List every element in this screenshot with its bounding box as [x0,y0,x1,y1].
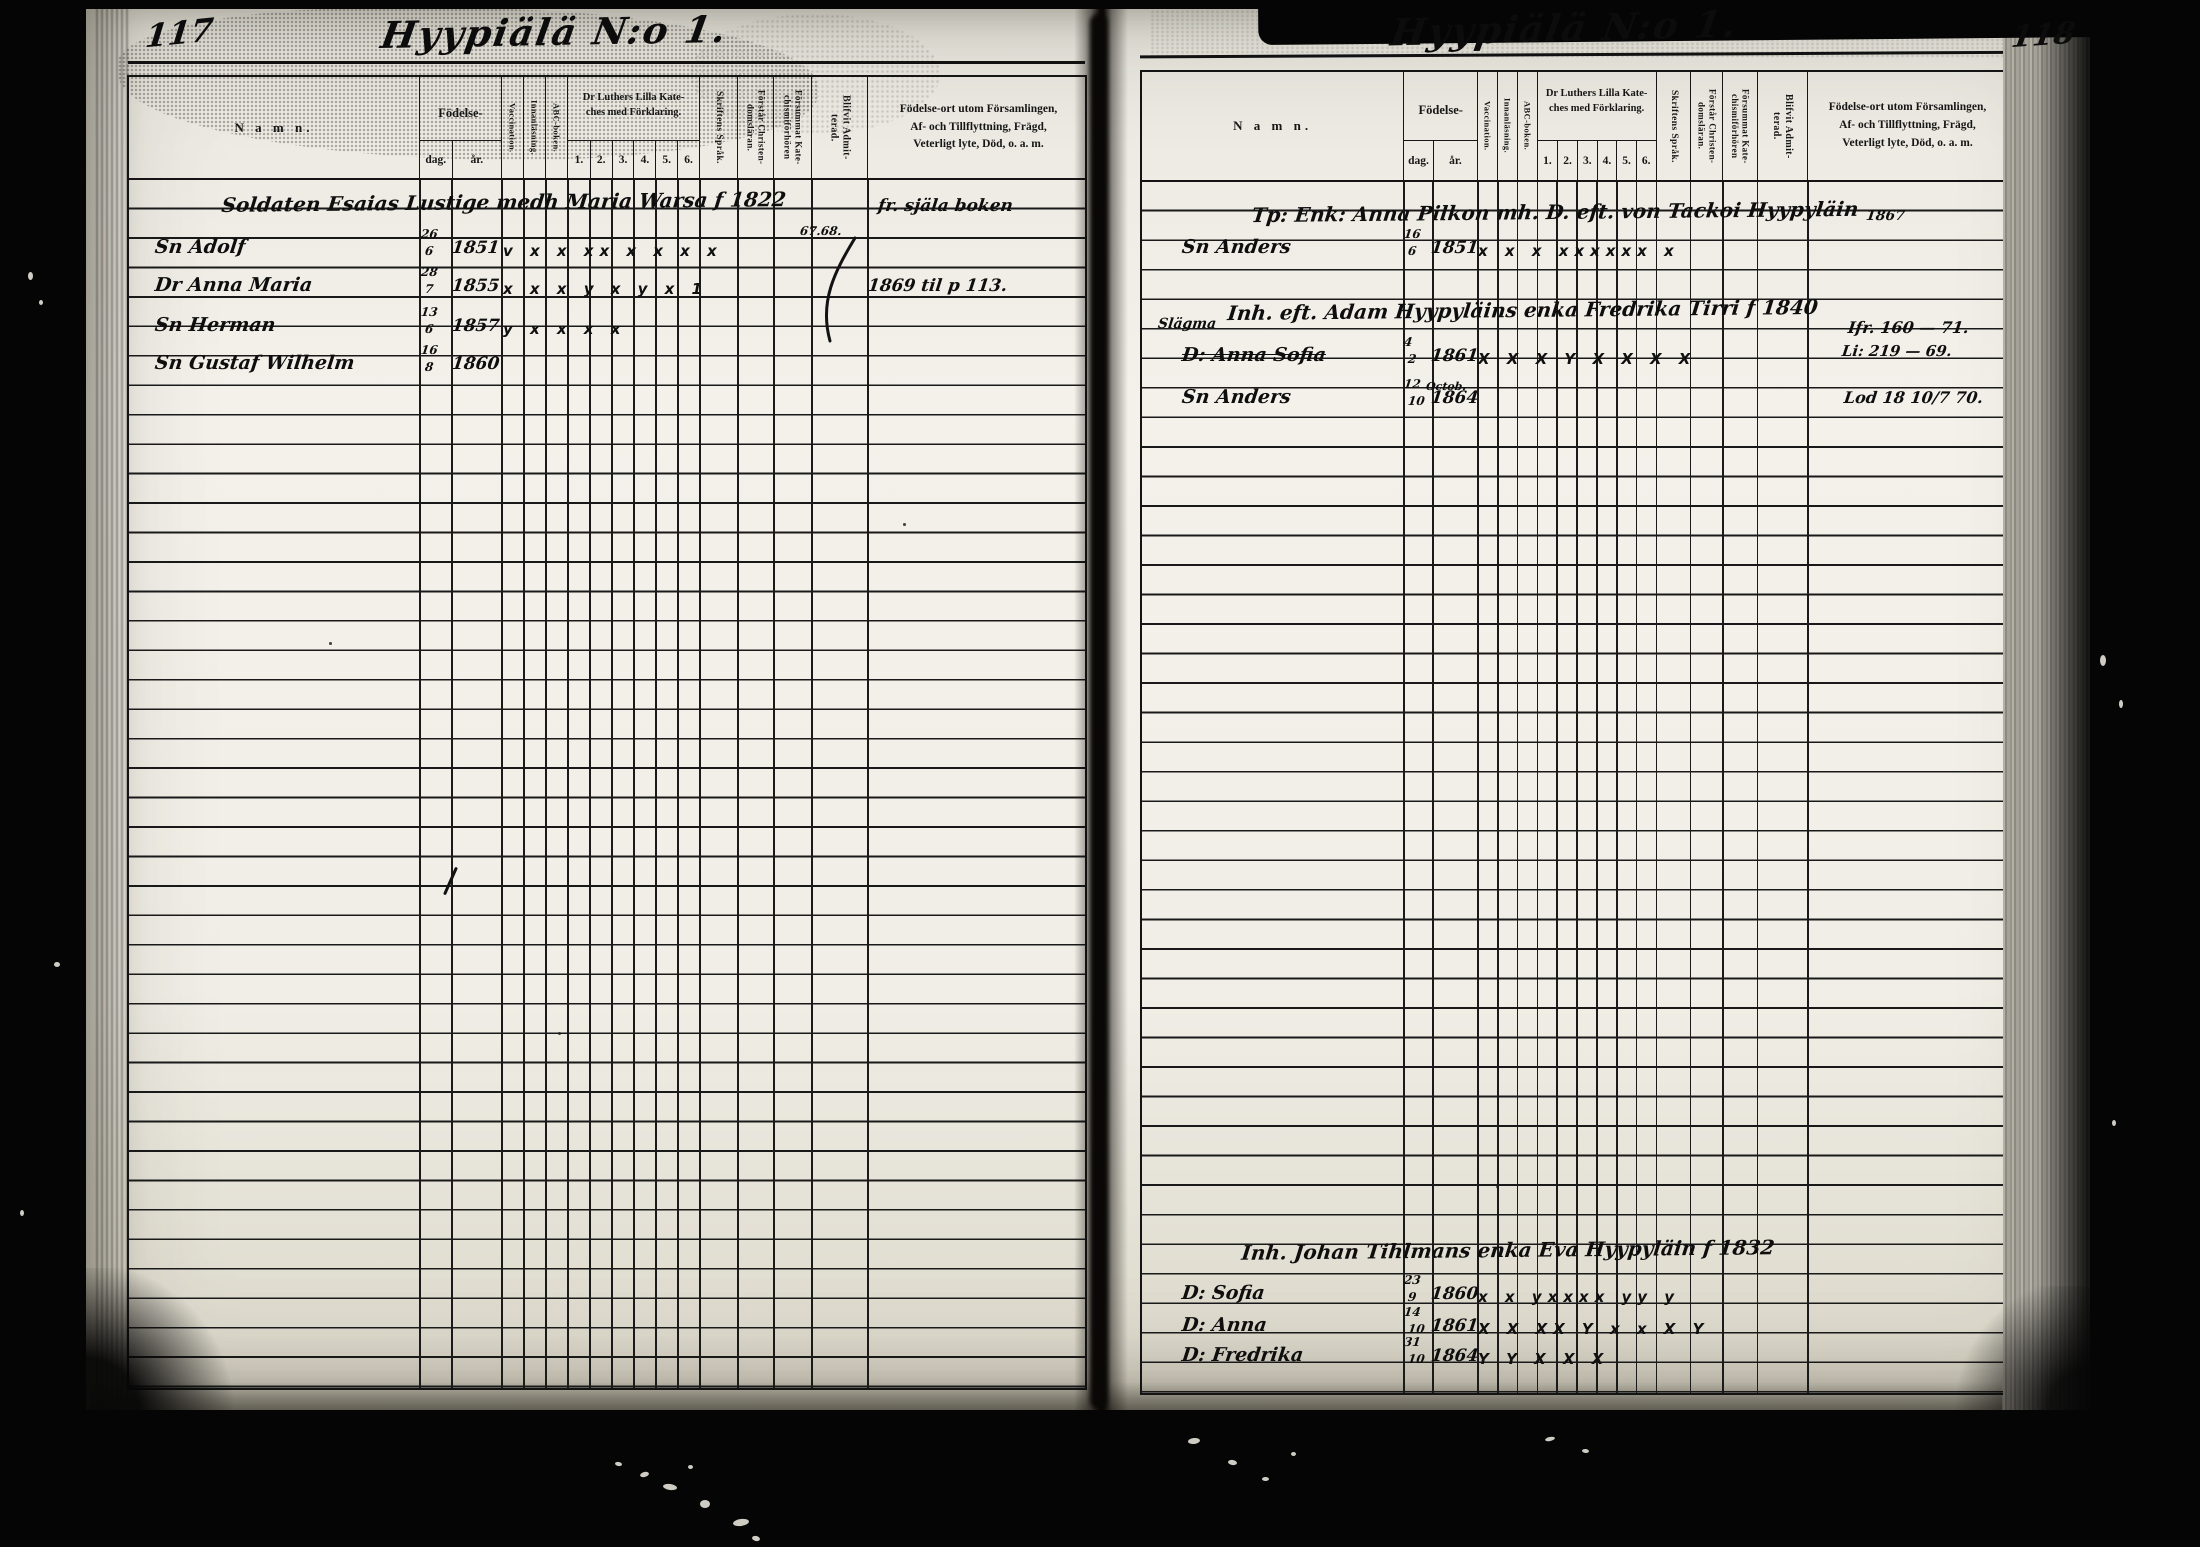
column-header-vaccination: Vaccination. [1477,72,1497,180]
column-header-kateches-5: 5. [655,141,677,178]
birth-year: 1855 [451,276,501,296]
birth-day-denominator: 9 [1407,1290,1417,1304]
register-margin-note: Slägma [1157,316,1217,332]
table-column-line [867,180,869,1388]
column-header-forstar-christendomslaran-label: Förstår Christen- domsläran. [745,90,767,164]
scan-border [0,0,86,1547]
register-entry-person: D: Anna [1181,1314,1268,1336]
column-header-innanlasning-label: Innanläsning. [1502,98,1512,153]
table-column-line [567,180,569,1388]
column-header-skriftens-sprak-label: Skriftens Språk. [713,91,724,164]
fodelse-sub-row: dag.år. [420,140,501,178]
register-entry-person: D: Fredrika [1181,1344,1305,1366]
examination-marks: v x x xx x x x x [503,242,723,260]
birth-day-numerator: 28 [420,265,438,279]
register-margin-note: Ifr. 160 — 71. [1847,318,1970,337]
column-header-innanlasning: Innanläsning. [1497,72,1517,180]
examination-marks: Y Y X X X [1478,1350,1609,1368]
table-column-line [611,180,613,1388]
register-entry-person: D: Anna Sofia [1181,344,1328,366]
column-header-fodelseort-notes: Födelse-ort utom Församlingen, Af- och T… [1807,72,2007,180]
notes-label: Födelse-ort utom Församlingen, Af- och T… [1829,99,1986,152]
kateches-label: Dr Luthers Lilla Kate- ches med Förklari… [1546,87,1648,115]
book-gutter-shadow [1090,14,1107,1409]
register-margin-note: Li: 219 — 69. [1841,342,1953,360]
table-header: N a m n.Födelse-dag.år.Vaccination.Innan… [129,77,1085,180]
birth-year: 1860 [1430,1284,1480,1304]
scan-dust [54,962,60,967]
column-header-fodelseort-notes: Födelse-ort utom Församlingen, Af- och T… [867,77,1089,178]
column-header-vaccination-label: Vaccination. [507,103,517,153]
table-column-line [655,180,657,1388]
birth-day-numerator: 14 [1403,1305,1421,1319]
column-header-forstar-christendomslaran: Förstår Christen- domsläran. [737,77,773,178]
scan-dust [20,1210,24,1216]
scan-dust [1291,1452,1296,1456]
column-header-kateches-2: 2. [1557,141,1577,180]
register-margin-note: fr. själa boken [877,196,1014,216]
examination-marks: y x x x x [503,320,626,338]
scan-dust [1262,1477,1269,1481]
ink-dot [329,642,332,645]
birth-year: 1860 [451,354,501,374]
column-header-dag: dag. [420,141,452,178]
table-column-line [1757,182,1759,1393]
fodelse-label: Födelse- [438,106,482,121]
namn-label: N a m n. [235,120,314,136]
birth-year: 1857 [451,316,501,336]
column-header-namn: N a m n. [129,77,419,178]
kateches-label: Dr Luthers Lilla Kate- ches med Förklari… [583,91,685,119]
page-number-right: 118 [2009,16,2077,55]
birth-day-numerator: 13 [420,305,438,319]
birth-day-denominator: 6 [1407,244,1417,258]
column-header-forsummat-katechismiforhoren: Försummat Kate- chismiförhören [773,77,811,178]
column-header-kateches-3: 3. [1577,141,1597,180]
ink-dot [558,1032,561,1035]
column-header-namn: N a m n. [1142,72,1403,180]
birth-day-numerator: 12 [1403,377,1421,391]
table-column-line [1807,182,1809,1393]
register-margin-note: 67.68. [799,224,842,238]
table-column-line [811,180,813,1388]
register-table-left: N a m n.Födelse-dag.år.Vaccination.Innan… [127,75,1087,1390]
column-header-kateches-5: 5. [1616,141,1636,180]
birth-day-numerator: 16 [420,343,438,357]
column-header-fodelse: Födelse-dag.år. [1403,72,1477,180]
table-column-line [589,180,591,1388]
fodelse-label: Födelse- [1419,103,1463,118]
page-title-right: Hyypiälä N:o 1. [1388,1,1741,54]
examination-marks: X X X Y X X X X [1478,350,1696,368]
table-column-line [1403,182,1405,1393]
column-header-innanlasning: Innanläsning. [523,77,545,178]
page-edges-shadow [2036,6,2092,1412]
column-header-blifvit-admitterad: Blifvit Admit- terad. [811,77,867,178]
scan-dust [2100,655,2106,666]
kateches-sub-row: 1.2.3.4.5.6. [1538,140,1656,180]
examination-marks: x x yxxxx yy y [1478,1288,1680,1306]
column-header-blifvit-admitterad-label: Blifvit Admit- terad. [1770,94,1794,159]
column-header-abc-boken-label: ABC-boken. [551,103,561,152]
birth-year: 1861 [1430,346,1480,366]
register-entry-person: Sn Adolf [154,236,247,258]
examination-marks: x x x y x y x 1 [503,280,708,298]
examination-marks: X X XX Y x x X Y [1478,1320,1709,1338]
register-table-right: N a m n.Födelse-dag.år.Vaccination.Innan… [1140,70,2005,1395]
register-entry-person: Sn Herman [154,314,277,336]
scan-dust [2112,1120,2116,1126]
column-header-ar: år. [452,141,501,178]
column-header-skriftens-sprak: Skriftens Språk. [699,77,737,178]
table-column-line [523,180,525,1388]
scan-border [2090,0,2200,1547]
kateches-sub-row: 1.2.3.4.5.6. [568,140,699,178]
column-header-skriftens-sprak: Skriftens Språk. [1656,72,1690,180]
column-header-kateches-6: 6. [677,141,699,178]
table-column-line [419,180,421,1388]
column-header-forsummat-katechismiforhoren-label: Försummat Kate- chismiförhören [1729,89,1751,164]
column-header-abc-boken: ABC-boken. [545,77,567,178]
notes-label: Födelse-ort utom Församlingen, Af- och T… [900,101,1057,154]
register-entry-person: Sn Anders [1181,386,1292,408]
birth-year: 1861 [1430,1316,1480,1336]
birth-day-numerator: 16 [1403,227,1421,241]
birth-day-numerator: 4 [1403,335,1413,349]
page-number-left: 117 [143,11,215,56]
column-header-innanlasning-label: Innanläsning. [529,100,539,155]
column-header-dag: dag. [1404,141,1432,180]
fodelse-sub-row: dag.år. [1404,140,1477,180]
page-title-left: Hyypiälä N:o 1. [378,7,731,57]
ink-dot [1496,1186,1498,1188]
column-header-vaccination-label: Vaccination. [1483,101,1493,151]
column-header-blifvit-admitterad-label: Blifvit Admit- terad. [828,95,852,160]
table-column-line [773,180,775,1388]
scanned-parish-register: 117 Hyypiälä N:o 1. Hyypiälä N:o 1. 118 … [0,0,2200,1547]
table-column-line [1722,182,1724,1393]
column-header-skriftens-sprak-label: Skriftens Språk. [1668,90,1679,163]
column-header-abc-boken: ABC-boken. [1517,72,1537,180]
scan-dust [700,1500,710,1508]
birth-year: 1851 [451,238,501,258]
birth-day-denominator: 2 [1407,352,1417,366]
birth-day-denominator: 6 [424,244,434,258]
scan-dust [28,272,33,280]
register-entry-person: Sn Gustaf Wilhelm [154,352,356,374]
column-header-kateches-1: 1. [568,141,590,178]
birth-year: 1864 [1430,1346,1480,1366]
table-column-line [677,180,679,1388]
examination-marks: x x x xxxxxx x [1478,242,1680,260]
table-header: N a m n.Födelse-dag.år.Vaccination.Innan… [1142,72,2003,182]
scan-dust [39,300,43,305]
column-header-fodelse: Födelse-dag.år. [419,77,501,178]
column-header-kateches-6: 6. [1636,141,1656,180]
ink-dot [903,523,906,526]
column-header-kateches: Dr Luthers Lilla Kate- ches med Förklari… [567,77,699,178]
column-header-abc-boken-label: ABC-boken. [1522,101,1532,150]
table-column-line [545,180,547,1388]
birth-day-denominator: 6 [424,322,434,336]
column-header-kateches-3: 3. [612,141,634,178]
column-header-forstar-christendomslaran-label: Förstår Christen- domsläran. [1696,89,1718,163]
column-header-forsummat-katechismiforhoren-label: Försummat Kate- chismiförhören [782,90,804,165]
birth-day-numerator: 31 [1403,1335,1421,1349]
column-header-blifvit-admitterad: Blifvit Admit- terad. [1757,72,1807,180]
column-header-forsummat-katechismiforhoren: Försummat Kate- chismiförhören [1722,72,1756,180]
birth-day-denominator: 10 [1407,394,1425,408]
title-underline-left [128,61,1085,64]
birth-day-denominator: 10 [1407,1352,1425,1366]
column-header-ar: år. [1433,141,1477,180]
column-header-kateches: Dr Luthers Lilla Kate- ches med Förklari… [1537,72,1656,180]
table-column-line [501,180,503,1388]
table-column-line [699,180,701,1388]
column-header-forstar-christendomslaran: Förstår Christen- domsläran. [1690,72,1722,180]
birth-year: 1851 [1430,238,1480,258]
birth-day-denominator: 8 [424,360,434,374]
register-entry-person: Dr Anna Maria [154,274,314,296]
column-header-kateches-4: 4. [1597,141,1617,180]
table-column-line [633,180,635,1388]
column-header-kateches-2: 2. [590,141,612,178]
register-entry-person: Sn Anders [1181,236,1292,258]
column-header-kateches-1: 1. [1538,141,1558,180]
birth-day-numerator: 26 [420,227,438,241]
table-column-line [737,180,739,1388]
register-margin-note: 1867 [1865,208,1906,224]
register-margin-note: Lod 18 10/7 70. [1843,388,1985,407]
namn-label: N a m n. [1233,118,1312,134]
scan-dust [2119,700,2123,708]
birth-day-denominator: 7 [424,282,434,296]
birth-day-numerator: 23 [1403,1273,1421,1287]
pen-flourish [815,235,875,347]
scan-border [0,1410,2200,1547]
register-margin-note: 1869 til p 113. [867,276,1009,296]
birth-day-denominator: 10 [1407,1322,1425,1336]
scan-dust [688,1465,693,1469]
register-entry-person: D: Sofia [1181,1282,1266,1304]
column-header-kateches-4: 4. [633,141,655,178]
column-header-vaccination: Vaccination. [501,77,523,178]
birth-year: 1864 [1430,388,1480,408]
